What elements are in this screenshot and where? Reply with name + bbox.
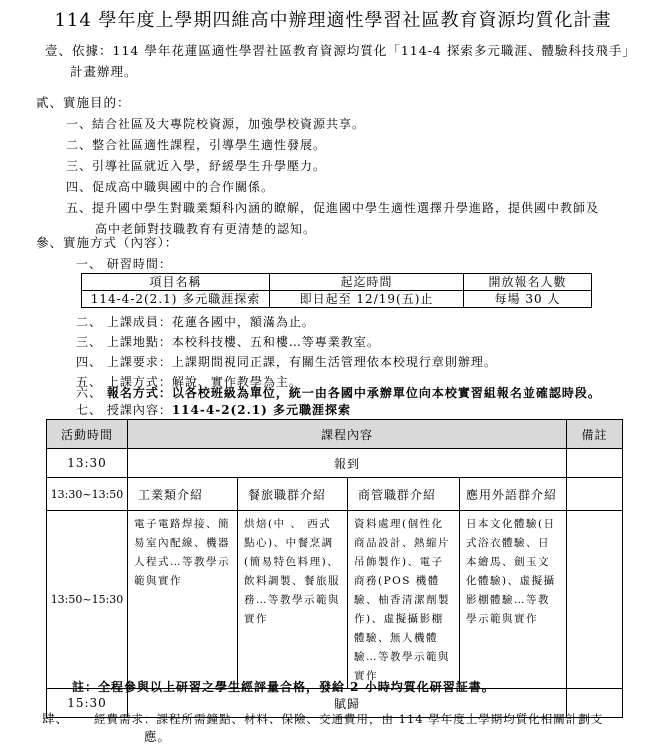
cell-language-desc: 日本文化體驗(日式浴衣體驗、日本繪馬、劍玉文化體驗)、虛擬攝影棚體驗…等教學示範… bbox=[460, 511, 567, 689]
section-1-label: 壹、依據： bbox=[45, 43, 113, 58]
table-row: 13:30~13:50 工業類介紹 餐旅職群介紹 商管職群介紹 應用外語群介紹 bbox=[47, 478, 623, 511]
course-content-line: 七、 授課內容：114-4-2(2.1) 多元職涯探索 bbox=[76, 404, 351, 416]
objective-item: 二、整合社區適性課程，引導學生適性發展。 bbox=[66, 139, 326, 151]
section-1-basis: 壹、依據：114 學年花蓮區適性學習社區教育資源均質化「114-4 探索多元職涯… bbox=[45, 45, 636, 58]
cell-time: 13:30~13:50 bbox=[47, 478, 128, 511]
section-1-text-cont: 計畫辦理。 bbox=[70, 66, 138, 79]
registration-prefix: 六、 bbox=[76, 386, 107, 400]
header-period: 起迄時間 bbox=[270, 274, 464, 291]
cell-hospitality-intro: 餐旅職群介紹 bbox=[238, 478, 348, 511]
cell-business-intro: 商管職群介紹 bbox=[348, 478, 460, 511]
cell-item-name: 114-4-2(2.1) 多元職涯探索 bbox=[82, 291, 270, 308]
implementation-item: 二、 上課成員：花蓮各國中，額滿為止。 bbox=[76, 316, 315, 328]
course-content-label: 七、 授課內容： bbox=[76, 403, 172, 417]
header-remark: 備註 bbox=[567, 420, 623, 449]
schedule-table: 活動時間 課程內容 備註 13:30 報到 13:30~13:50 工業類介紹 … bbox=[46, 419, 623, 718]
objective-item: 五、提升國中學生對職業類科內涵的瞭解，促進國中學生適性選擇升學進路，提供國中教師… bbox=[66, 202, 599, 214]
cell-industrial-intro: 工業類介紹 bbox=[128, 478, 238, 511]
objective-item: 三、引導社區就近入學，紓緩學生升學壓力。 bbox=[66, 160, 326, 172]
cell-time: 13:50~15:30 bbox=[47, 511, 128, 689]
section-4-text-cont: 應。 bbox=[144, 731, 171, 744]
table-row: 13:50~15:30 電子電路焊接、簡易室內配線、機器人程式…等教學示範與實作… bbox=[47, 511, 623, 689]
header-item-name: 項目名稱 bbox=[82, 274, 270, 291]
page-title: 114 學年度上學期四維高中辦理適性學習社區教育資源均質化計畫 bbox=[0, 12, 666, 30]
table-row: 13:30 報到 bbox=[47, 449, 623, 478]
objective-item: 一、結合社區及大專院校資源，加強學校資源共享。 bbox=[66, 118, 365, 130]
cell-period: 即日起至 12/19(五)止 bbox=[270, 291, 464, 308]
cell-checkin: 報到 bbox=[128, 449, 567, 478]
section-3-heading: 參、實施方式（內容）： bbox=[36, 237, 178, 250]
table-header-row: 項目名稱 起迄時間 開放報名人數 bbox=[82, 274, 592, 291]
section-2-heading: 貳、實施目的： bbox=[36, 97, 131, 110]
header-capacity: 開放報名人數 bbox=[464, 274, 592, 291]
objective-item-cont: 高中老師對技職教育有更清楚的認知。 bbox=[95, 223, 316, 235]
table-header-row: 活動時間 課程內容 備註 bbox=[47, 420, 623, 449]
table-row: 114-4-2(2.1) 多元職涯探索 即日起至 12/19(五)止 每場 30… bbox=[82, 291, 592, 308]
course-content-title: 114-4-2(2.1) 多元職涯探索 bbox=[172, 403, 351, 417]
cell-remark bbox=[567, 511, 623, 689]
section-4-label: 肆、 bbox=[42, 713, 94, 726]
cell-remark bbox=[567, 478, 623, 511]
implementation-item: 四、 上課要求：上課期間視同正課，有關生活管理依本校現行章則辦理。 bbox=[76, 356, 497, 368]
cell-capacity: 每場 30 人 bbox=[464, 291, 592, 308]
header-activity-time: 活動時間 bbox=[47, 420, 128, 449]
registration-method: 六、 報名方式：以各校班級為單位，統一由各國中承辦單位向本校實習組報名並確認時段… bbox=[76, 387, 601, 399]
section-1-text: 114 學年花蓮區適性學習社區教育資源均質化「114-4 探索多元職涯、體驗科技… bbox=[113, 43, 636, 58]
objective-item: 四、促成高中職與國中的合作關係。 bbox=[66, 181, 274, 193]
header-course-content: 課程內容 bbox=[128, 420, 567, 449]
implementation-item: 三、 上課地點：本校科技樓、五和樓…等專業教室。 bbox=[76, 336, 380, 348]
section-4-text: 經費需求：課程所需鐘點、材料、保險、交通費用，由 114 學年度上學期均質化相關… bbox=[94, 712, 603, 726]
certificate-note: 註：全程參與以上研習之學生經評量合格，發給 2 小時均質化研習証書。 bbox=[72, 681, 495, 693]
cell-hospitality-desc: 烘焙(中 、 西式點心)、中餐烹調(簡易特色料理)、飲料調製、餐旅服務…等教學示… bbox=[238, 511, 348, 689]
training-time-label: 一、 研習時間： bbox=[76, 258, 172, 270]
section-4-budget: 肆、經費需求：課程所需鐘點、材料、保險、交通費用，由 114 學年度上學期均質化… bbox=[42, 713, 603, 726]
cell-language-intro: 應用外語群介紹 bbox=[460, 478, 567, 511]
registration-text: 報名方式：以各校班級為單位，統一由各國中承辦單位向本校實習組報名並確認時段。 bbox=[107, 386, 601, 400]
training-time-table: 項目名稱 起迄時間 開放報名人數 114-4-2(2.1) 多元職涯探索 即日起… bbox=[81, 273, 592, 308]
cell-time: 13:30 bbox=[47, 449, 128, 478]
cell-industrial-desc: 電子電路焊接、簡易室內配線、機器人程式…等教學示範與實作 bbox=[128, 511, 238, 689]
cell-remark bbox=[567, 449, 623, 478]
cell-business-desc: 資料處理(個性化商品設計、熱縮片吊飾製作)、電子商務(POS 機體驗、柚香清潔劑… bbox=[348, 511, 460, 689]
